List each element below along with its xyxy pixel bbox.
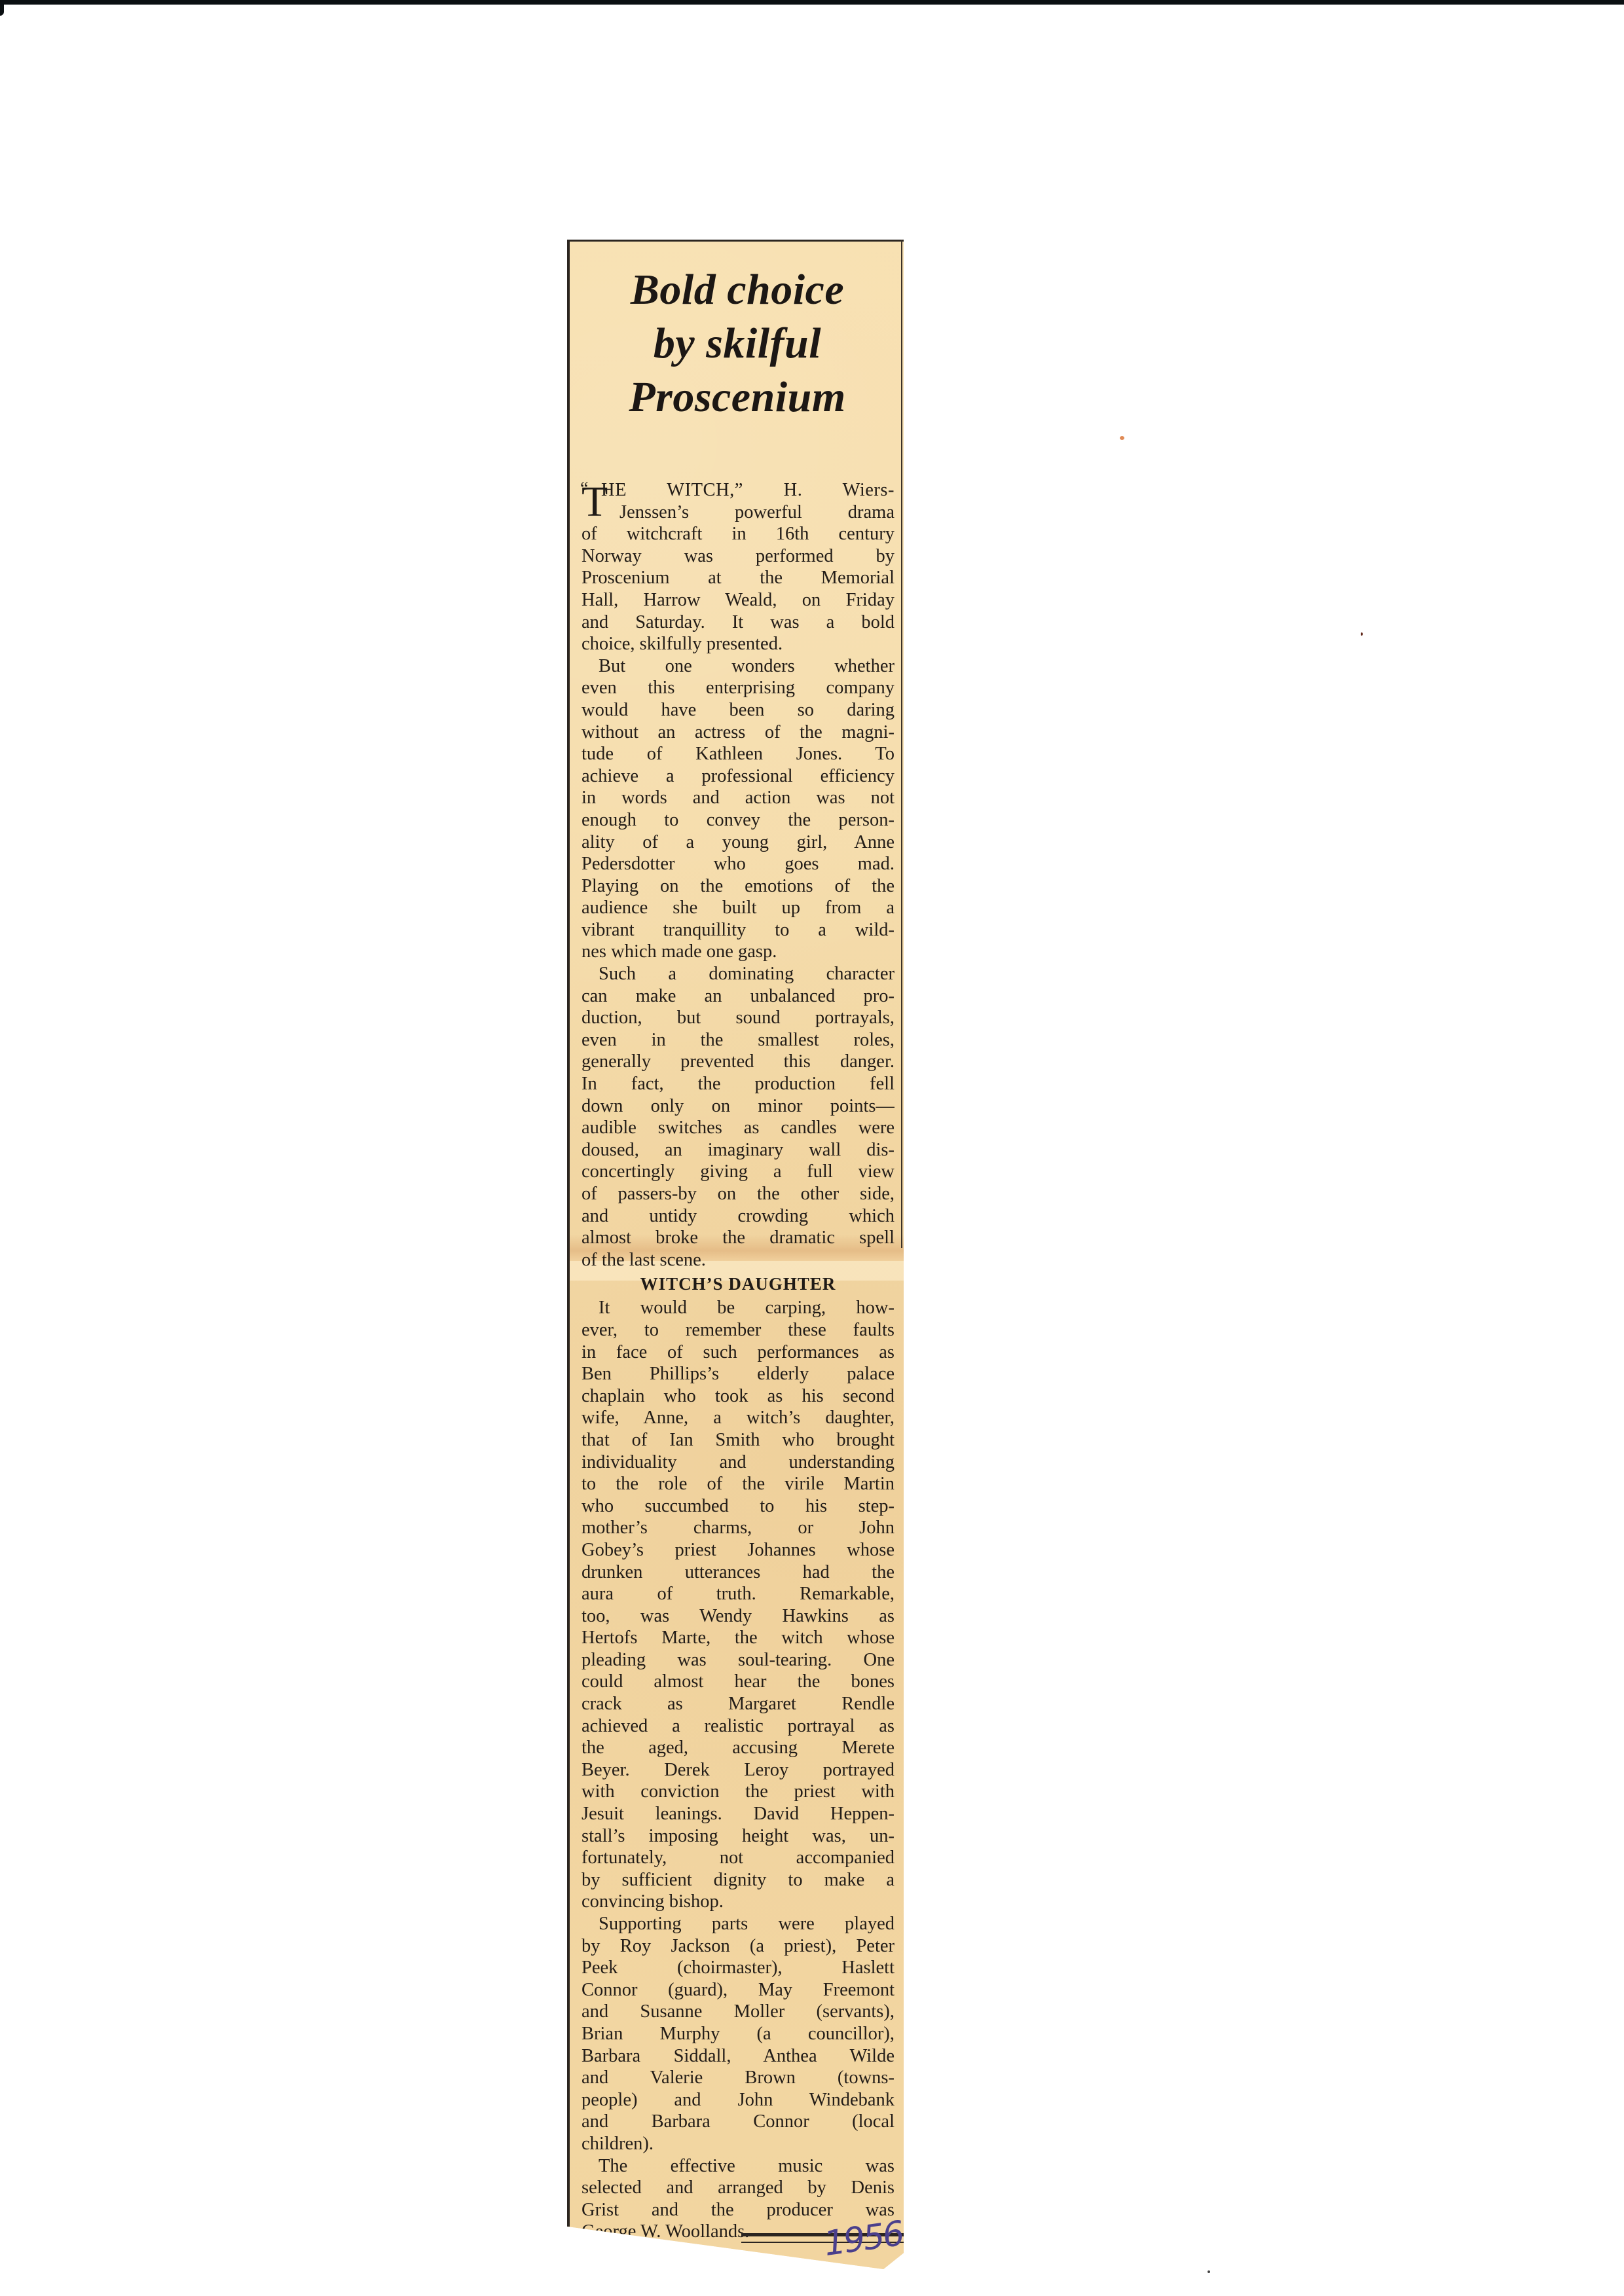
headline-line: Bold choice bbox=[580, 263, 895, 317]
article-text-line: selected and arranged by Denis bbox=[581, 2177, 895, 2199]
article-text-line: Hall, Harrow Weald, on Friday bbox=[581, 589, 895, 611]
article-text-line: aura of truth. Remarkable, bbox=[581, 1583, 895, 1605]
article-text-line: ality of a young girl, Anne bbox=[581, 831, 895, 854]
article-text-line: duction, but sound portrayals, bbox=[581, 1007, 895, 1029]
article-text-line: In fact, the production fell bbox=[581, 1073, 895, 1095]
article-text-line: achieve a professional efficiency bbox=[581, 765, 895, 788]
article-text-line: too, was Wendy Hawkins as bbox=[581, 1605, 895, 1628]
article-text-line: people) and John Windebank bbox=[581, 2089, 895, 2111]
scanner-edge bbox=[0, 0, 1624, 5]
article-text-line: enough to convey the person- bbox=[581, 809, 895, 831]
article-text-line: individuality and understanding bbox=[581, 1451, 895, 1474]
article-text-line: Jesuit leanings. David Heppen- bbox=[581, 1803, 895, 1825]
article-text-line: by Roy Jackson (a priest), Peter bbox=[581, 1935, 895, 1958]
article-text-line: Brian Murphy (a councillor), bbox=[581, 2023, 895, 2045]
column-right-rule bbox=[901, 240, 902, 1248]
article-text-line: choice, skilfully presented. bbox=[581, 633, 895, 655]
article-text-line: can make an unbalanced pro- bbox=[581, 985, 895, 1008]
column-left-rule bbox=[567, 240, 570, 2227]
article-text-line: down only on minor points— bbox=[581, 1095, 895, 1118]
column-top-rule bbox=[567, 240, 904, 242]
article-text-line: vibrant tranquillity to a wild- bbox=[581, 919, 895, 941]
article-text-line: Peek (choirmaster), Haslett bbox=[581, 1957, 895, 1979]
article-text-line: Such a dominating character bbox=[581, 963, 895, 985]
article-text-line: in face of such performances as bbox=[581, 1341, 895, 1364]
article-text-line: children). bbox=[581, 2133, 895, 2155]
article-text-line: nes which made one gasp. bbox=[581, 941, 895, 963]
article-text-line: audience she built up from a bbox=[581, 897, 895, 919]
article-text-line: would have been so daring bbox=[581, 699, 895, 721]
article-text-line: convincing bishop. bbox=[581, 1891, 895, 1913]
article-text-line: who succumbed to his step- bbox=[581, 1495, 895, 1518]
scanner-corner bbox=[0, 0, 4, 16]
article-text-line: tude of Kathleen Jones. To bbox=[581, 743, 895, 765]
article-text-line: Grist and the producer was bbox=[581, 2199, 895, 2221]
article-text-line: Norway was performed by bbox=[581, 545, 895, 568]
article-text-line: and Barbara Connor (local bbox=[581, 2111, 895, 2133]
article-text-line: crack as Margaret Rendle bbox=[581, 1693, 895, 1715]
section-subheading: WITCH’S DAUGHTER bbox=[581, 1271, 895, 1297]
article-text-line: doused, an imaginary wall dis- bbox=[581, 1139, 895, 1161]
article-text-line: with conviction the priest with bbox=[581, 1781, 895, 1803]
article-text-line: chaplain who took as his second bbox=[581, 1385, 895, 1408]
article-text-line: Barbara Siddall, Anthea Wilde bbox=[581, 2045, 895, 2068]
article-text-line: even in the smallest roles, bbox=[581, 1029, 895, 1051]
article-text-line: in words and action was not bbox=[581, 787, 895, 809]
article-text-line: the aged, accusing Merete bbox=[581, 1737, 895, 1759]
article-text-line: wife, Anne, a witch’s daughter, bbox=[581, 1407, 895, 1429]
article-text-line: achieved a realistic portrayal as bbox=[581, 1715, 895, 1738]
article-text-line: Hertofs Marte, the witch whose bbox=[581, 1627, 895, 1649]
article-text-line: ever, to remember these faults bbox=[581, 1319, 895, 1341]
article-text-line: and Saturday. It was a bold bbox=[581, 611, 895, 634]
article-text-line: mother’s charms, or John bbox=[581, 1517, 895, 1539]
article-text-line: stall’s imposing height was, un- bbox=[581, 1825, 895, 1848]
article-text-line: Proscenium at the Memorial bbox=[581, 567, 895, 589]
drop-cap: T bbox=[581, 482, 608, 522]
article-text-line: could almost hear the bones bbox=[581, 1671, 895, 1693]
paper-speck bbox=[1361, 632, 1363, 636]
article-text-line: and Valerie Brown (towns- bbox=[581, 2067, 895, 2089]
article-text-line: Pedersdotter who goes mad. bbox=[581, 853, 895, 875]
article-headline: Bold choice by skilful Proscenium bbox=[580, 263, 895, 424]
article-text-line: Connor (guard), May Freemont bbox=[581, 1979, 895, 2001]
headline-line: by skilful bbox=[580, 317, 895, 371]
article-text-line: But one wonders whether bbox=[581, 655, 895, 678]
article-text-line: without an actress of the magni- bbox=[581, 721, 895, 744]
article-text-line: generally prevented this danger. bbox=[581, 1051, 895, 1073]
article-text-line: HE WITCH,” H. Wiers- bbox=[581, 479, 895, 501]
article-text-line: to the role of the virile Martin bbox=[581, 1473, 895, 1495]
article-text-line: drunken utterances had the bbox=[581, 1561, 895, 1584]
article-text-line: of witchcraft in 16th century bbox=[581, 523, 895, 545]
article-text-line: and untidy crowding which bbox=[581, 1205, 895, 1228]
article-text-line: Gobey’s priest Johannes whose bbox=[581, 1539, 895, 1561]
article-text-line: The effective music was bbox=[581, 2155, 895, 2178]
article-text-line: Supporting parts were played bbox=[581, 1913, 895, 1935]
newspaper-clipping: Bold choice by skilful Proscenium “ T HE… bbox=[567, 240, 904, 2269]
article-text-line: Ben Phillips’s elderly palace bbox=[581, 1363, 895, 1385]
paper-speck bbox=[1208, 2270, 1210, 2273]
article-text-line: fortunately, not accompanied bbox=[581, 1847, 895, 1869]
article-text-line: audible switches as candles were bbox=[581, 1117, 895, 1139]
article-text-line: Jenssen’s powerful drama bbox=[581, 501, 895, 524]
headline-line: Proscenium bbox=[580, 371, 895, 424]
article-text-line: pleading was soul-tearing. One bbox=[581, 1649, 895, 1671]
article-body: “ T HE WITCH,” H. Wiers-Jenssen’s powerf… bbox=[581, 479, 895, 2243]
article-text-line: It would be carping, how- bbox=[581, 1297, 895, 1319]
article-text-line: even this enterprising company bbox=[581, 677, 895, 699]
article-text-line: of passers-by on the other side, bbox=[581, 1183, 895, 1205]
article-text-line: by sufficient dignity to make a bbox=[581, 1869, 895, 1891]
paper-speck bbox=[1120, 436, 1124, 440]
article-text-line: and Susanne Moller (servants), bbox=[581, 2001, 895, 2023]
article-text-line: that of Ian Smith who brought bbox=[581, 1429, 895, 1451]
article-text-line: almost broke the dramatic spell bbox=[581, 1227, 895, 1249]
article-text-line: concertingly giving a full view bbox=[581, 1161, 895, 1183]
article-text-line: of the last scene. bbox=[581, 1249, 895, 1271]
article-text-line: Beyer. Derek Leroy portrayed bbox=[581, 1759, 895, 1781]
article-text-line: Playing on the emotions of the bbox=[581, 875, 895, 898]
